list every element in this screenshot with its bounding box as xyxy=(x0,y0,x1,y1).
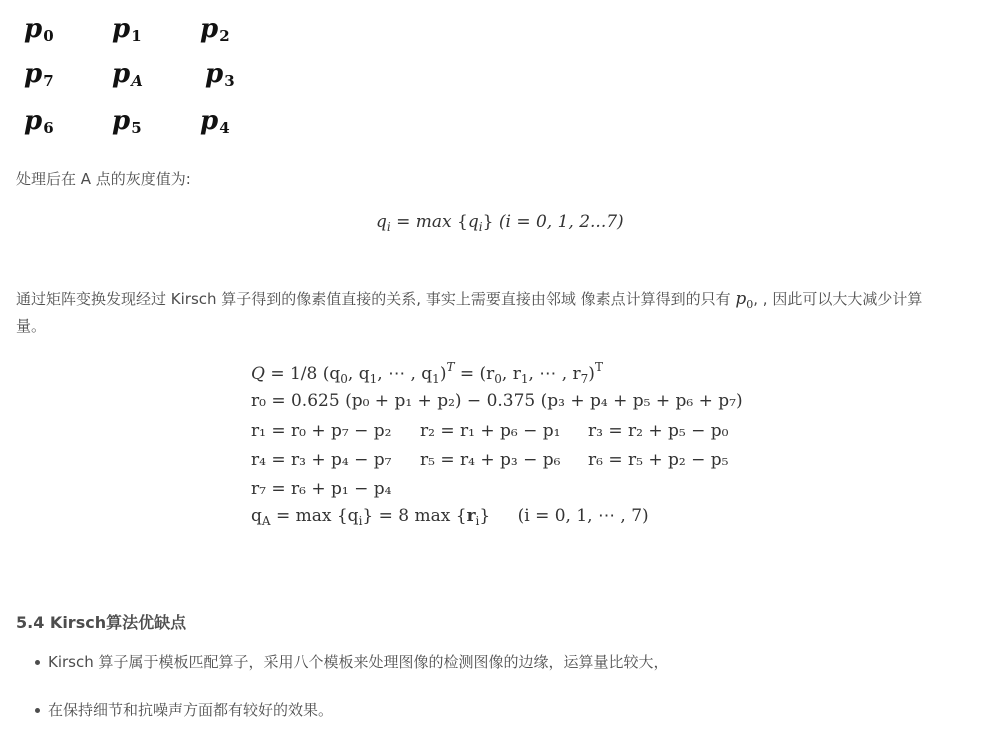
equation-qA: qA = max {qi} = 8 max {ri} (i = 0, 1, ⋯ … xyxy=(251,506,649,528)
pixel-label-p6: p6 xyxy=(24,106,54,143)
inline-math-p0: p0 xyxy=(735,289,753,309)
bullet-icon xyxy=(35,708,40,713)
formula-qi-max: qi = max {qi} (i = 0, 1, 2...7) xyxy=(376,212,624,234)
equation-r3: r₃ = r₂ + p₅ − p₀ xyxy=(588,421,728,441)
bullet-icon xyxy=(35,660,40,665)
paragraph-matrix-transform-line1: 通过矩阵变换发现经过 Kirsch 算子得到的像素值直接的关系, 事实上需要直接… xyxy=(16,285,922,319)
pixel-label-pA: pA xyxy=(112,59,143,96)
pixel-label-p0: p0 xyxy=(24,14,54,51)
equation-r1: r₁ = r₀ + p₇ − p₂ xyxy=(251,421,391,441)
pixel-label-p1: p1 xyxy=(112,14,142,51)
paragraph-gray-value-intro: 处理后在 A 点的灰度值为: xyxy=(16,165,191,193)
equation-r5: r₅ = r₄ + p₃ − p₆ xyxy=(420,450,560,470)
equation-r2: r₂ = r₁ + p₆ − p₁ xyxy=(420,421,560,441)
section-heading: 5.4 Kirsch算法优缺点 xyxy=(16,610,186,636)
pixel-label-p3: p3 xyxy=(205,59,235,96)
pixel-label-p4: p4 xyxy=(200,106,230,143)
list-item: Kirsch 算子属于模板匹配算子，采用八个模板来处理图像的检测图像的边缘，运算… xyxy=(16,650,669,674)
pixel-label-p7: p7 xyxy=(24,59,54,96)
equation-Q-definition: Q = 1/8 (q0, q1, ⋯ , q1)T = (r0, r1, ⋯ ,… xyxy=(251,360,603,386)
equation-r6: r₆ = r₅ + p₂ − p₅ xyxy=(588,450,728,470)
pixel-label-p2: p2 xyxy=(200,14,230,51)
pixel-label-p5: p5 xyxy=(112,106,142,143)
equation-r4: r₄ = r₃ + p₄ − p₇ xyxy=(251,450,391,470)
paragraph-matrix-transform-line2: 量。 xyxy=(16,312,46,340)
equation-r0: r₀ = 0.625 (p₀ + p₁ + p₂) − 0.375 (p₃ + … xyxy=(251,391,743,411)
equation-r7: r₇ = r₆ + p₁ − p₄ xyxy=(251,479,391,499)
list-item: 在保持细节和抗噪声方面都有较好的效果。 xyxy=(16,698,669,722)
pros-cons-list: Kirsch 算子属于模板匹配算子，采用八个模板来处理图像的检测图像的边缘，运算… xyxy=(16,650,669,746)
